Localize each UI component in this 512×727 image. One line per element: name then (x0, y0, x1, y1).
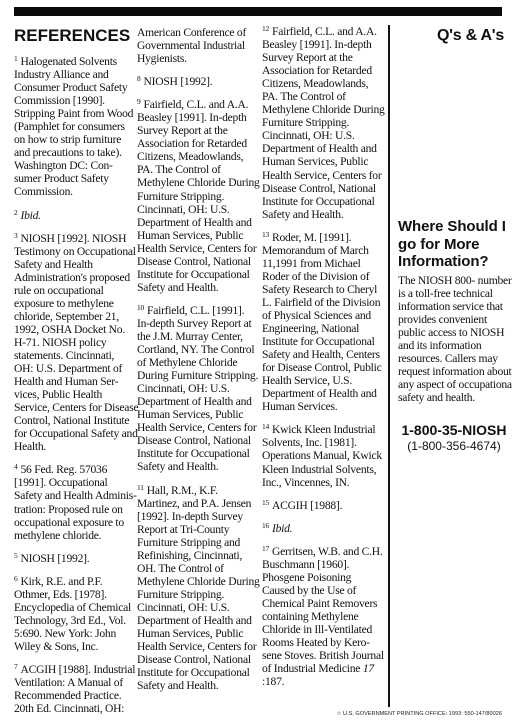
qa-column: Q's & A's (398, 26, 510, 46)
reference-item: 456 Fed. Reg. 57036 [1991]. Occupational… (14, 460, 136, 541)
reference-number: 4 (14, 462, 18, 471)
references-heading: REFERENCES (14, 26, 136, 46)
reference-item: 11Hall, R.M., K.F. Martinez, and P.A. Je… (137, 481, 261, 693)
references-column-3: 12Fairfield, C.L. and A.A. Beasley [1991… (262, 22, 386, 695)
reference-number: 3 (14, 231, 18, 240)
reference-number: 6 (14, 574, 18, 583)
reference-number: 9 (137, 97, 141, 106)
printing-office-footer: ☆ U.S. GOVERNMENT PRINTING OFFICE: 1993:… (336, 711, 502, 717)
reference-number: 16 (262, 521, 269, 530)
reference-item: 13Roder, M. [1991]. Memorandum of March … (262, 228, 386, 414)
journal-volume: 17 (363, 662, 374, 675)
reference-number: 12 (262, 24, 269, 33)
phone-number-numeric: (1-800-356-4674) (398, 439, 510, 454)
reference-number: 17 (262, 544, 269, 553)
reference-item: 8NIOSH [1992]. (137, 72, 261, 88)
top-rule-bar (14, 7, 502, 16)
reference-item: 3NIOSH [1992]. NIOSH Testimony on Occupa… (14, 229, 136, 454)
reference-item: 15ACGIH [1988]. (262, 496, 386, 512)
reference-number: 15 (262, 498, 269, 507)
column-divider (388, 25, 390, 707)
reference-number: 5 (14, 551, 18, 560)
qa-body-text: The NIOSH 800- number is a toll-free tec… (398, 274, 512, 404)
reference-number: 8 (137, 74, 141, 83)
references-column-1: REFERENCES 1Halogenated Solvents Industr… (14, 26, 136, 722)
reference-item-continued: American Conference of Governmental Indu… (137, 26, 261, 65)
qa-heading: Where Should I go for More Information? (398, 218, 512, 271)
reference-item: 2Ibid. (14, 206, 136, 222)
reference-item: 9Fairfield, C.L. and A.A. Beasley [1991]… (137, 95, 261, 294)
reference-number: 1 (14, 54, 18, 63)
qa-title: Q's & A's (398, 26, 510, 46)
reference-item: 10Fairfield, C.L. [1991]. In-depth Surve… (137, 301, 261, 474)
reference-number: 2 (14, 208, 18, 217)
reference-number: 7 (14, 662, 18, 671)
reference-number: 10 (137, 303, 144, 312)
reference-item: 16Ibid. (262, 519, 386, 535)
reference-number: 14 (262, 422, 269, 431)
reference-item: 14Kwick Kleen Industrial Solvents, Inc. … (262, 420, 386, 488)
phone-number-mnemonic: 1-800-35-NIOSH (398, 422, 510, 439)
reference-item: 12Fairfield, C.L. and A.A. Beasley [1991… (262, 22, 386, 221)
reference-number: 11 (137, 483, 144, 492)
reference-item: 6Kirk, R.E. and P.F. Othmer, Eds. [1978]… (14, 572, 136, 653)
reference-item: 5NIOSH [1992]. (14, 549, 136, 565)
reference-item: 1Halogenated Solvents Industry Alliance … (14, 52, 136, 199)
reference-item: 7ACGIH [1988]. Industrial Ventilation: A… (14, 660, 136, 715)
niosh-phone-block: 1-800-35-NIOSH (1-800-356-4674) (398, 422, 510, 454)
reference-number: 13 (262, 230, 269, 239)
reference-item: 17Gerritsen, W.B. and C.H. Buschmann [19… (262, 542, 386, 689)
references-column-2: American Conference of Governmental Indu… (137, 26, 261, 699)
